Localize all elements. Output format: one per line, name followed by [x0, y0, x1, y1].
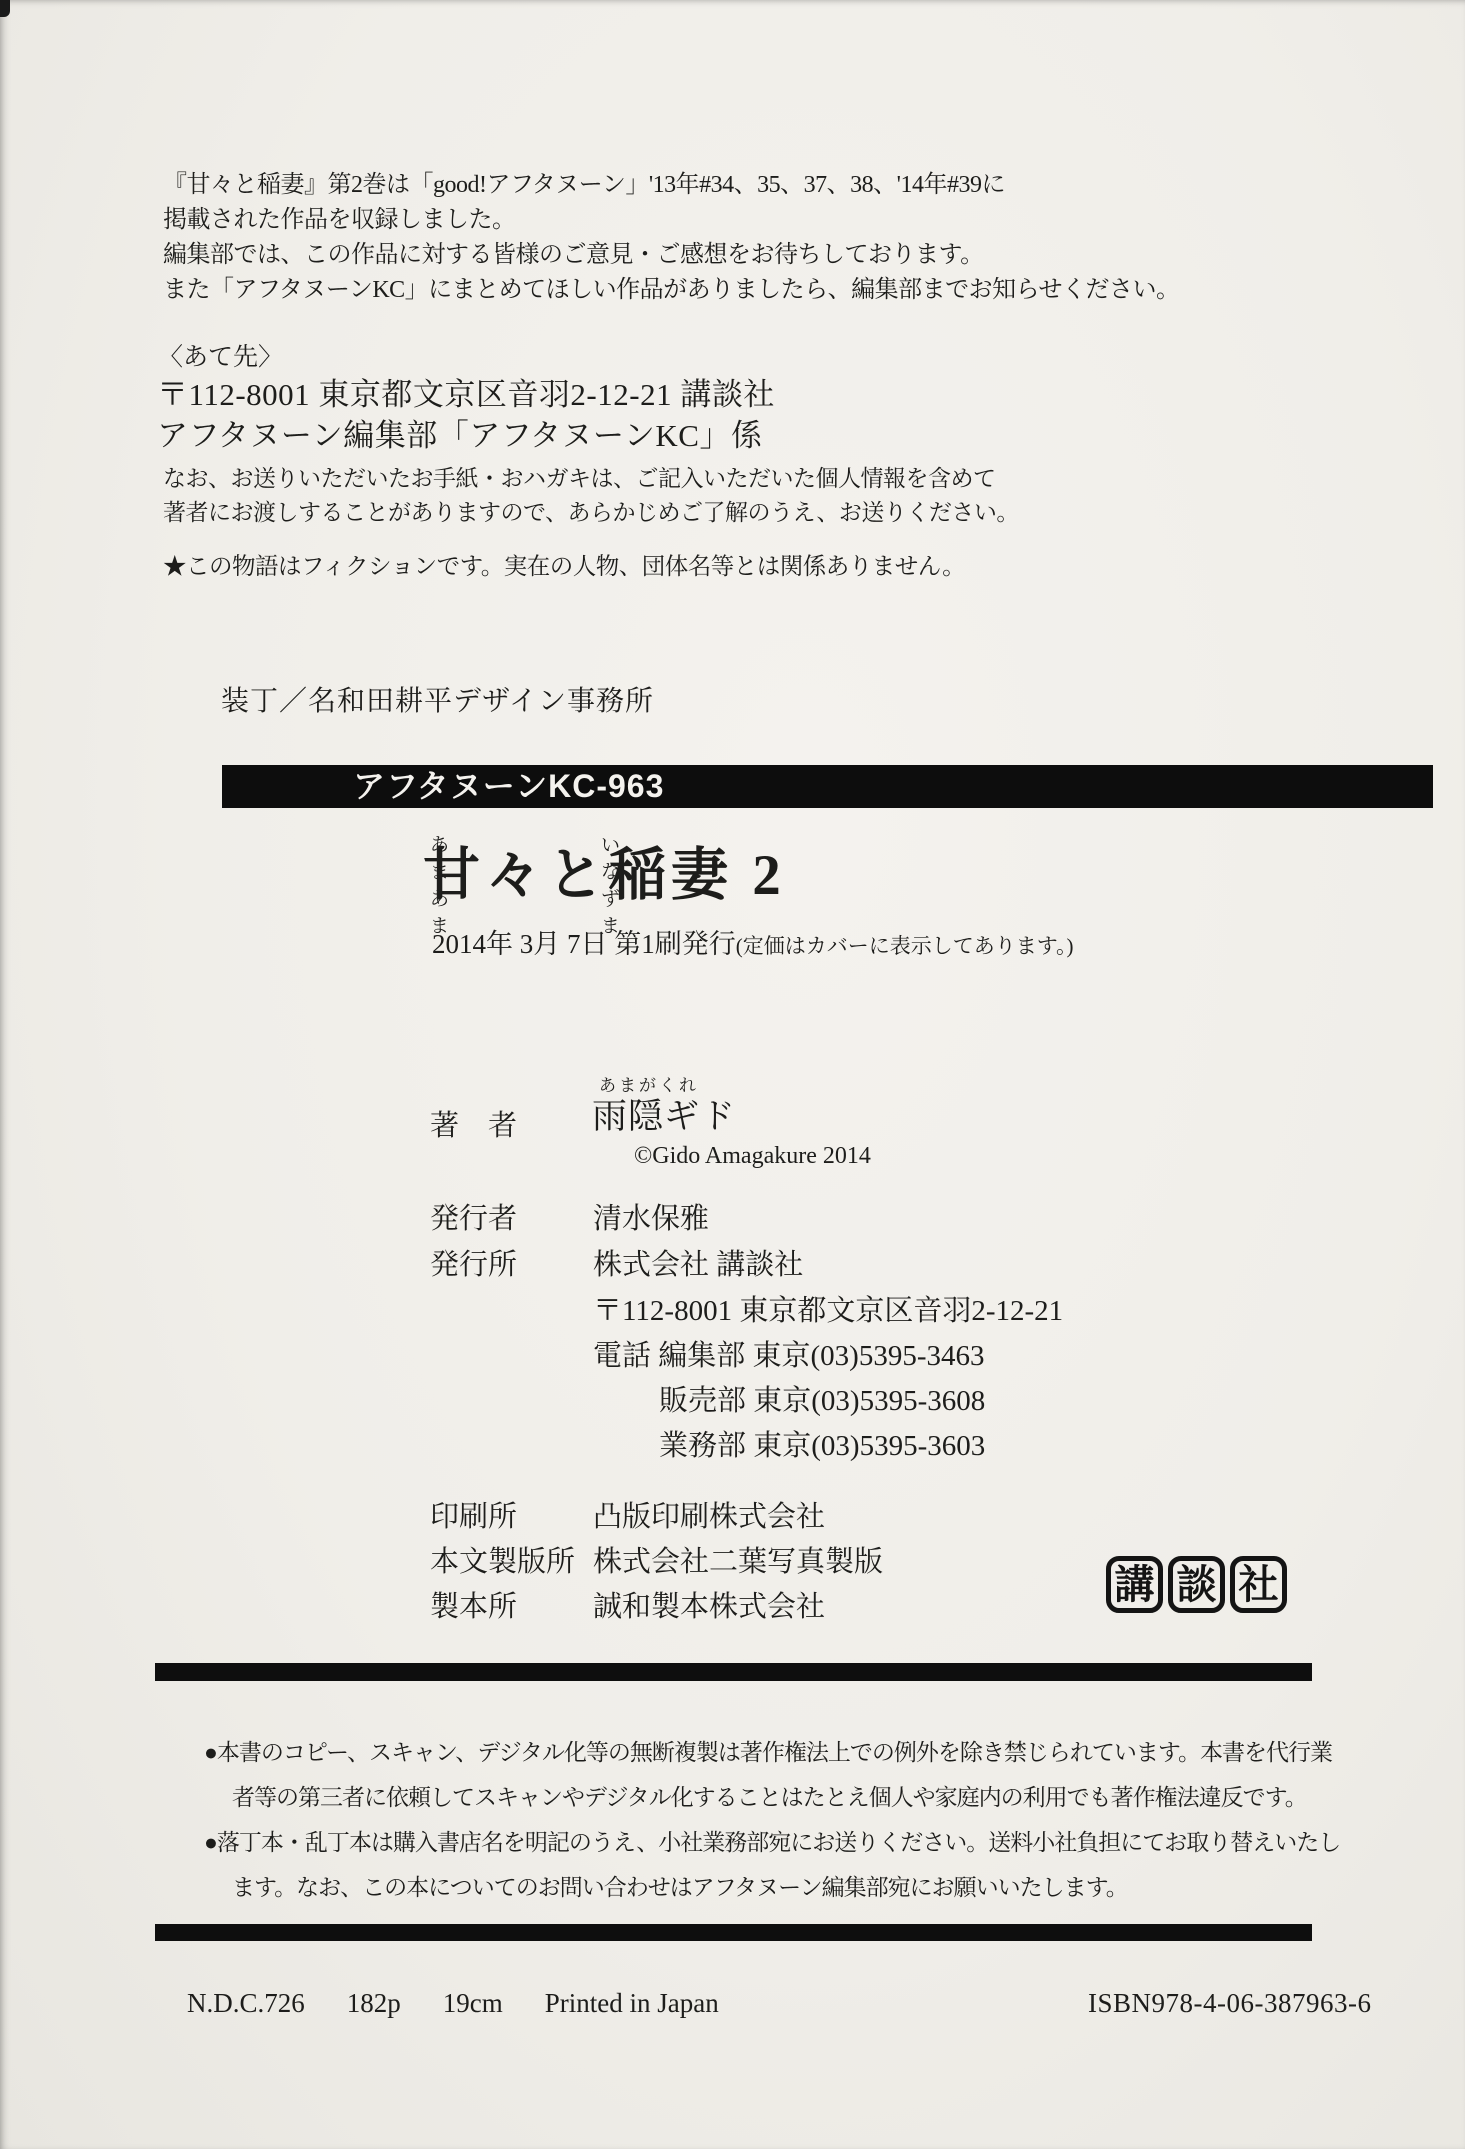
- publication-note-line-3: 編集部では、この作品に対する皆様のご意見・ご感想をお待ちしております。: [163, 238, 1179, 273]
- publisher-row: 発行所株式会社 講談社: [430, 1242, 803, 1283]
- series-label-bar: アフタヌーンKC-963: [222, 765, 1433, 808]
- separator-bar-bottom: [155, 1924, 1312, 1941]
- publisher-address: 〒112-8001 東京都文京区音羽2-12-21: [593, 1288, 1063, 1329]
- phone-sales: 販売部 東京(03)5395-3608: [659, 1378, 985, 1419]
- footer-ndc: N.D.C.726: [187, 1988, 305, 2018]
- print-date-line: 2014年 3月 7日 第1刷発行(定価はカバーに表示してあります。): [432, 922, 1074, 961]
- mailing-address-department: アフタヌーン編集部「アフタヌーンKC」係: [157, 410, 762, 455]
- series-label: アフタヌーンKC-963: [353, 768, 664, 804]
- publication-note-line-1: 『甘々と稲妻』第2巻は「good!アフタヌーン」'13年#34、35、37、38…: [163, 168, 1179, 203]
- privacy-note-line-1: なお、お送りいただいたお手紙・おハガキは、ご記入いただいた個人情報を含めて: [163, 462, 1019, 496]
- plate-maker-name: 株式会社二葉写真製版: [593, 1546, 883, 1578]
- privacy-note: なお、お送りいただいたお手紙・おハガキは、ご記入いただいた個人情報を含めて 著者…: [163, 462, 1019, 530]
- print-date: 2014年 3月 7日 第1刷発行: [432, 929, 736, 959]
- logo-char-3: 社: [1230, 1556, 1287, 1613]
- issuer-label: 発行者: [430, 1196, 593, 1237]
- author-label: 著 者: [430, 1103, 517, 1144]
- publication-note-line-2: 掲載された作品を収録しました。: [163, 203, 1179, 238]
- legal-notice-line-2: 者等の第三者に依頼してスキャンやデジタル化することはたとえ個人や家庭内の利用でも…: [232, 1779, 1307, 1812]
- logo-char-2: 談: [1168, 1556, 1225, 1613]
- legal-notice-line-3: ●落丁本・乱丁本は購入書店名を明記のうえ、小社業務部宛にお送りください。送料小社…: [204, 1824, 1340, 1857]
- privacy-note-line-2: 著者にお渡しすることがありますので、あらかじめご了解のうえ、お送りください。: [163, 496, 1019, 530]
- mailing-address-postal: 〒112-8001 東京都文京区音羽2-12-21 講談社: [157, 369, 775, 414]
- footer-pages: 182p: [347, 1988, 401, 2018]
- printer-row: 印刷所凸版印刷株式会社: [430, 1494, 825, 1535]
- author-name: 雨隠ギド: [592, 1089, 736, 1139]
- publisher-name: 株式会社 講談社: [593, 1249, 803, 1281]
- price-note: (定価はカバーに表示してあります。): [736, 934, 1074, 958]
- issuer-row: 発行者清水保雅: [430, 1196, 709, 1237]
- issuer-name: 清水保雅: [593, 1203, 709, 1235]
- footer-printed-in: Printed in Japan: [545, 1988, 719, 2018]
- plate-maker-label: 本文製版所: [430, 1539, 593, 1580]
- footer-isbn: ISBN978-4-06-387963-6: [1088, 1988, 1371, 2019]
- plate-maker-row: 本文製版所株式会社二葉写真製版: [430, 1539, 883, 1580]
- scan-artifact: [0, 0, 10, 17]
- binder-label: 製本所: [430, 1584, 593, 1625]
- legal-notice-line-4: ます。なお、この本についてのお問い合わせはアフタヌーン編集部宛にお願いいたします…: [232, 1869, 1128, 1902]
- logo-char-1: 講: [1106, 1556, 1163, 1613]
- footer-catalog-info: N.D.C.726182p19cmPrinted in Japan: [187, 1988, 761, 2019]
- binder-row: 製本所誠和製本株式会社: [430, 1584, 825, 1625]
- printer-label: 印刷所: [430, 1494, 593, 1535]
- printer-name: 凸版印刷株式会社: [593, 1501, 825, 1533]
- book-colophon-page: 『甘々と稲妻』第2巻は「good!アフタヌーン」'13年#34、35、37、38…: [0, 0, 1465, 2149]
- fiction-disclaimer: ★この物語はフィクションです。実在の人物、団体名等とは関係ありません。: [163, 547, 965, 581]
- book-title: 甘々と稲妻 2: [423, 845, 786, 907]
- copyright-notice: ©Gido Amagakure 2014: [634, 1143, 871, 1170]
- phone-business: 業務部 東京(03)5395-3603: [659, 1423, 985, 1464]
- publisher-label: 発行所: [430, 1242, 593, 1283]
- phone-editorial: 電話 編集部 東京(03)5395-3463: [593, 1333, 984, 1374]
- legal-notice-line-1: ●本書のコピー、スキャン、デジタル化等の無断複製は著作権法上での例外を除き禁じら…: [204, 1734, 1332, 1767]
- footer-size: 19cm: [443, 1988, 503, 2018]
- kodansha-logo: 講 談 社: [1106, 1556, 1287, 1613]
- publication-note: 『甘々と稲妻』第2巻は「good!アフタヌーン」'13年#34、35、37、38…: [163, 168, 1179, 308]
- mailing-address-heading: 〈あて先〉: [158, 337, 283, 373]
- separator-bar-top: [155, 1663, 1312, 1681]
- design-credit: 装丁／名和田耕平デザイン事務所: [221, 679, 654, 719]
- binder-name: 誠和製本株式会社: [593, 1591, 825, 1623]
- publication-note-line-4: また「アフタヌーンKC」にまとめてほしい作品がありましたら、編集部までお知らせく…: [163, 273, 1179, 308]
